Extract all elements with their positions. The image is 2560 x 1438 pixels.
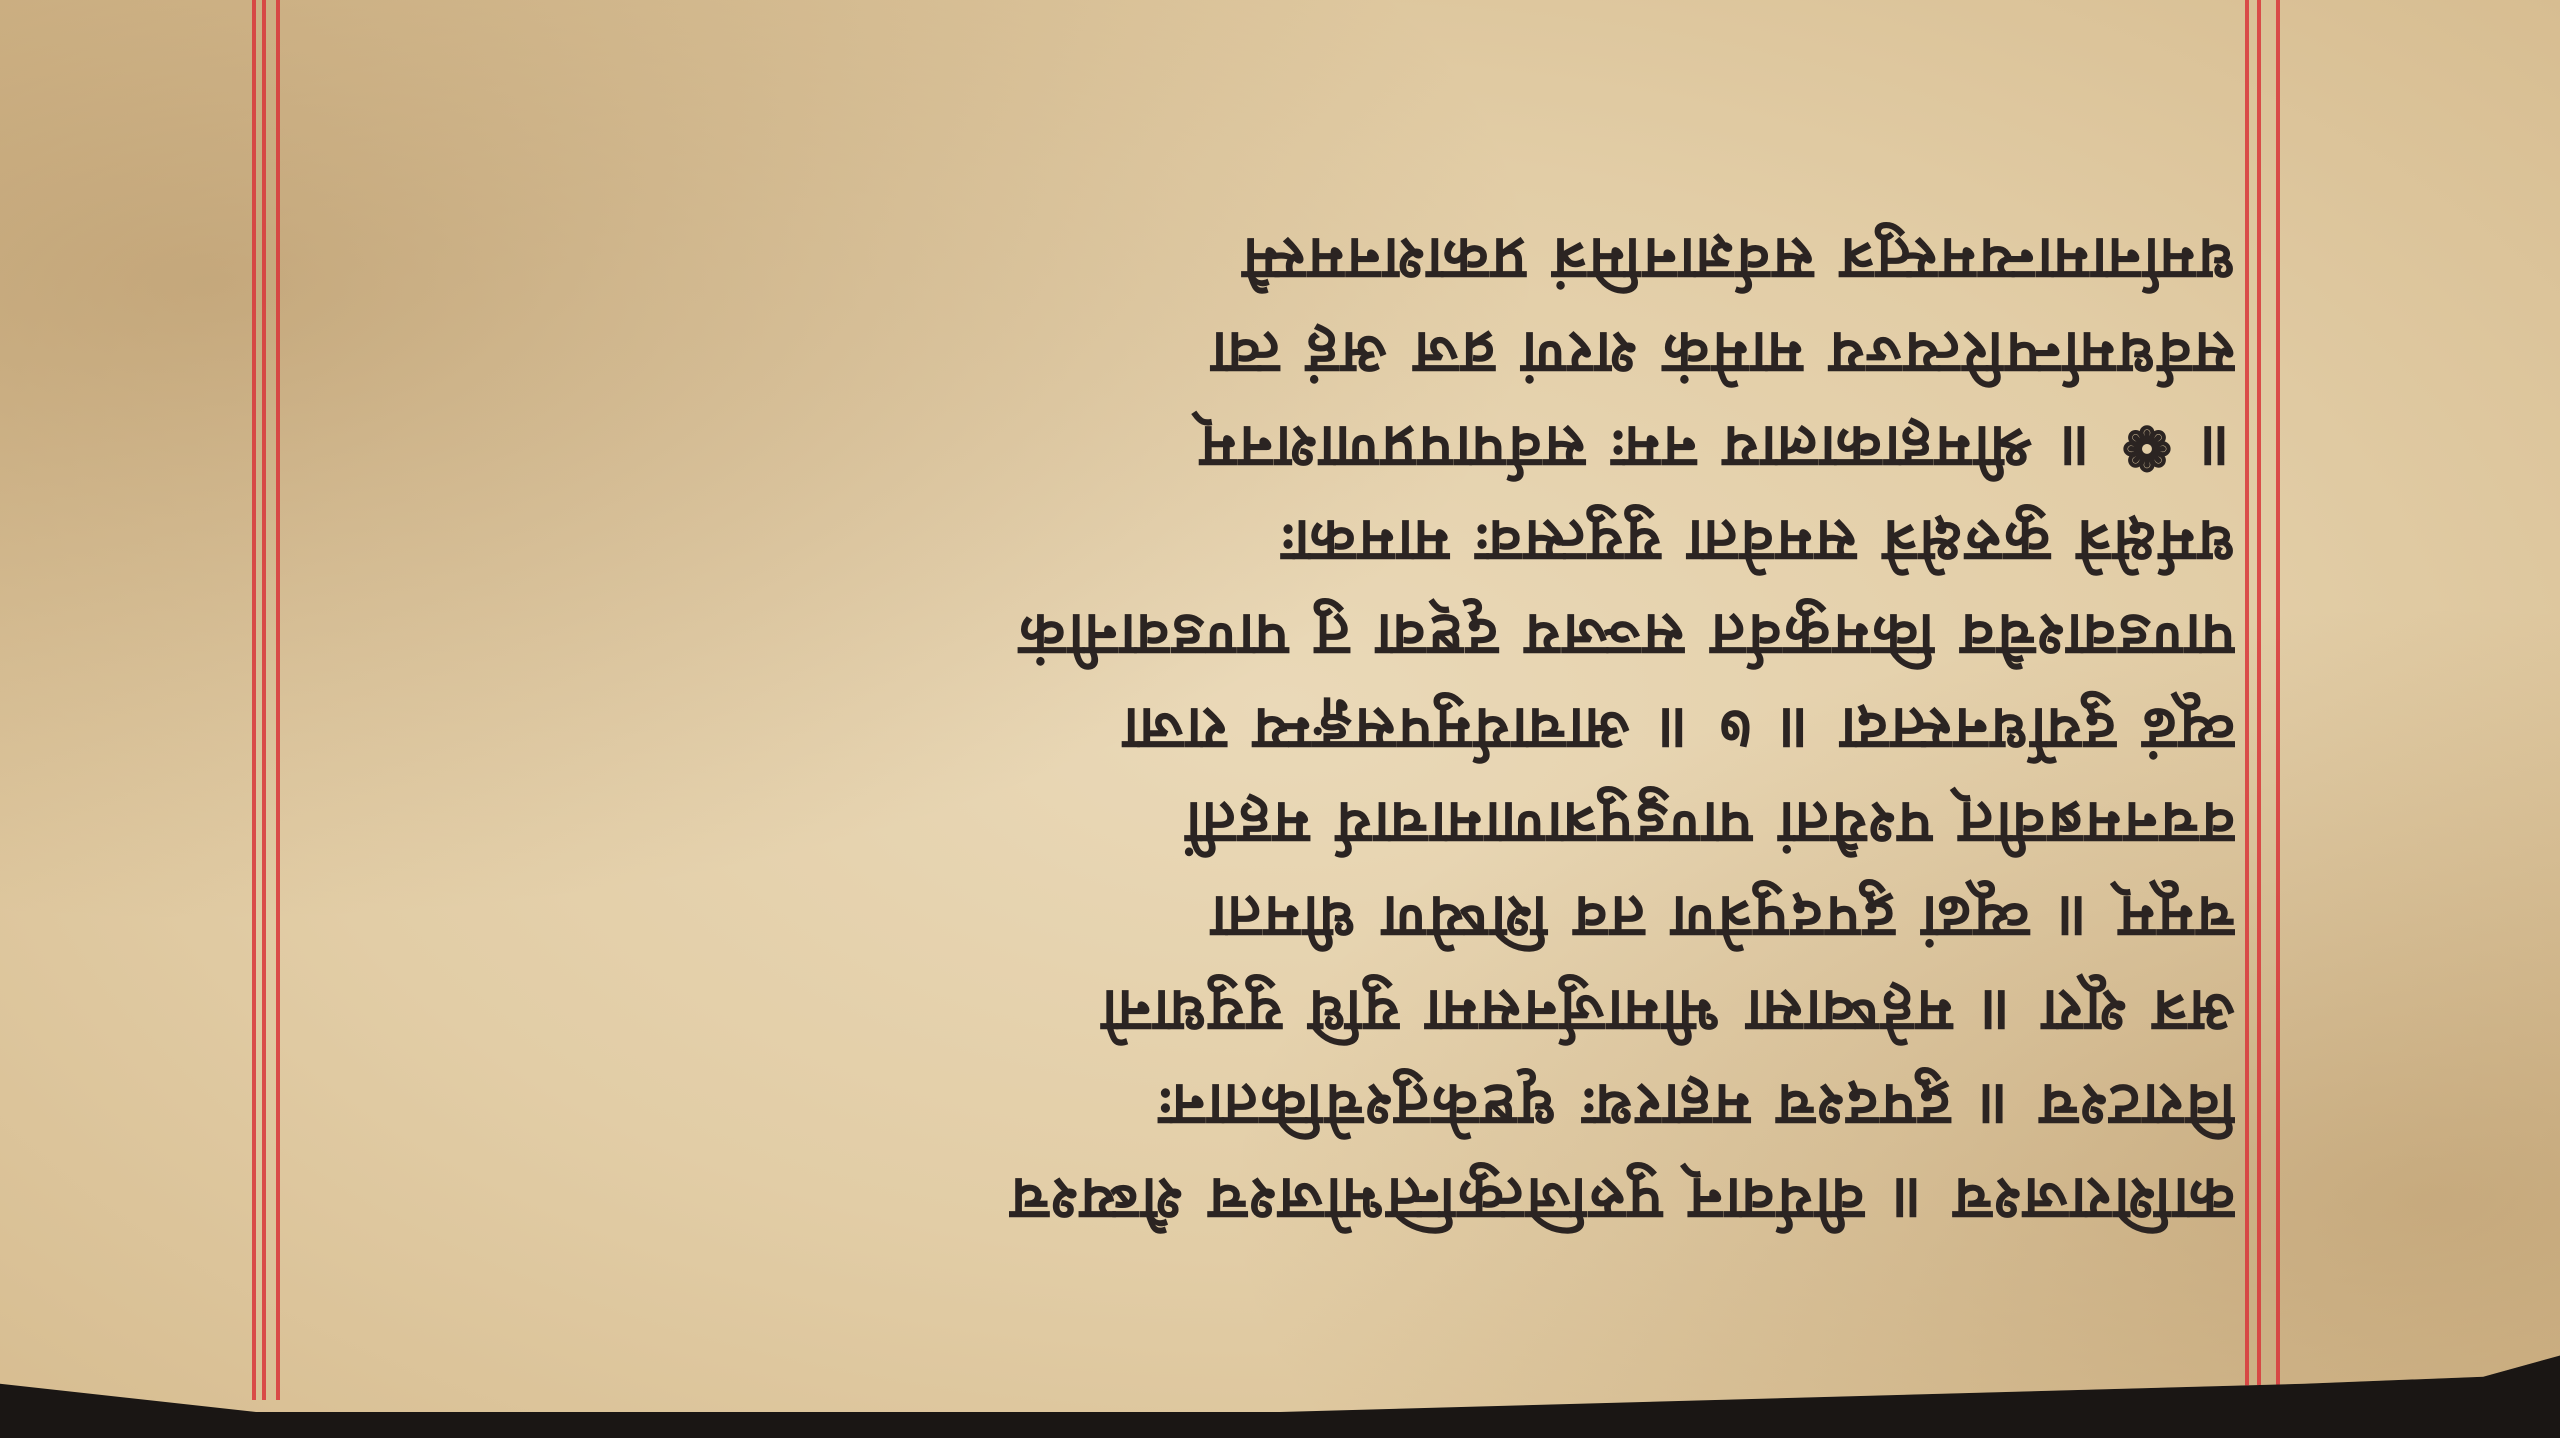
text-line: धर्मक्षेत्रे कुरुक्षेत्रे समवेता युयुत्स…	[290, 497, 2235, 591]
margin-rule-right-2	[2257, 0, 2261, 1400]
text-line: अत्र शूरा ॥ महेष्वासा भीमार्जुनसमा युधि …	[290, 967, 2235, 1061]
text-line: चमूम् ॥ व्यूढां द्रुपदपुत्रेण तव शिष्येण…	[290, 873, 2235, 967]
margin-rule-right	[2245, 0, 2249, 1400]
margin-rule-right-3	[2276, 0, 2280, 1400]
margin-rule-left-2	[262, 0, 266, 1400]
text-line: काशिराजश्च ॥ वीर्यवान् पुरुजित्कुन्तिभोज…	[290, 1155, 2235, 1249]
text-line: ॥ ❁ ॥ श्रीमहाकालाय नमः सर्वपापप्रणाशनम्	[290, 403, 2235, 497]
text-line: विराटश्च ॥ द्रुपदश्च महारथः धृष्टकेतुश्च…	[290, 1061, 2235, 1155]
text-line: धर्मानामान्यमस्तुत्र सर्वज्ञानमित्रं प्र…	[290, 215, 2235, 309]
text-line: पाण्डवाश्चैव किमकुर्वत सञ्जय दृष्ट्वा तु…	[290, 591, 2235, 685]
margin-rule-left-3	[276, 0, 280, 1400]
text-line: व्यूढं दुर्योधनस्तदा ॥ ७ ॥ आचार्यमुपसङ्ग…	[290, 685, 2235, 779]
text-line: सर्वधर्मान्परित्यज्य मामेकं शरणं व्रज अह…	[290, 309, 2235, 403]
text-line: वचनमब्रवीत् पश्यैतां पाण्डुपुत्राणामाचार…	[290, 779, 2235, 873]
manuscript-leaf: धर्मानामान्यमस्तुत्र सर्वज्ञानमित्रं प्र…	[0, 0, 2560, 1412]
manuscript-text: धर्मानामान्यमस्तुत्र सर्वज्ञानमित्रं प्र…	[290, 215, 2235, 1249]
margin-rule-left	[252, 0, 256, 1400]
